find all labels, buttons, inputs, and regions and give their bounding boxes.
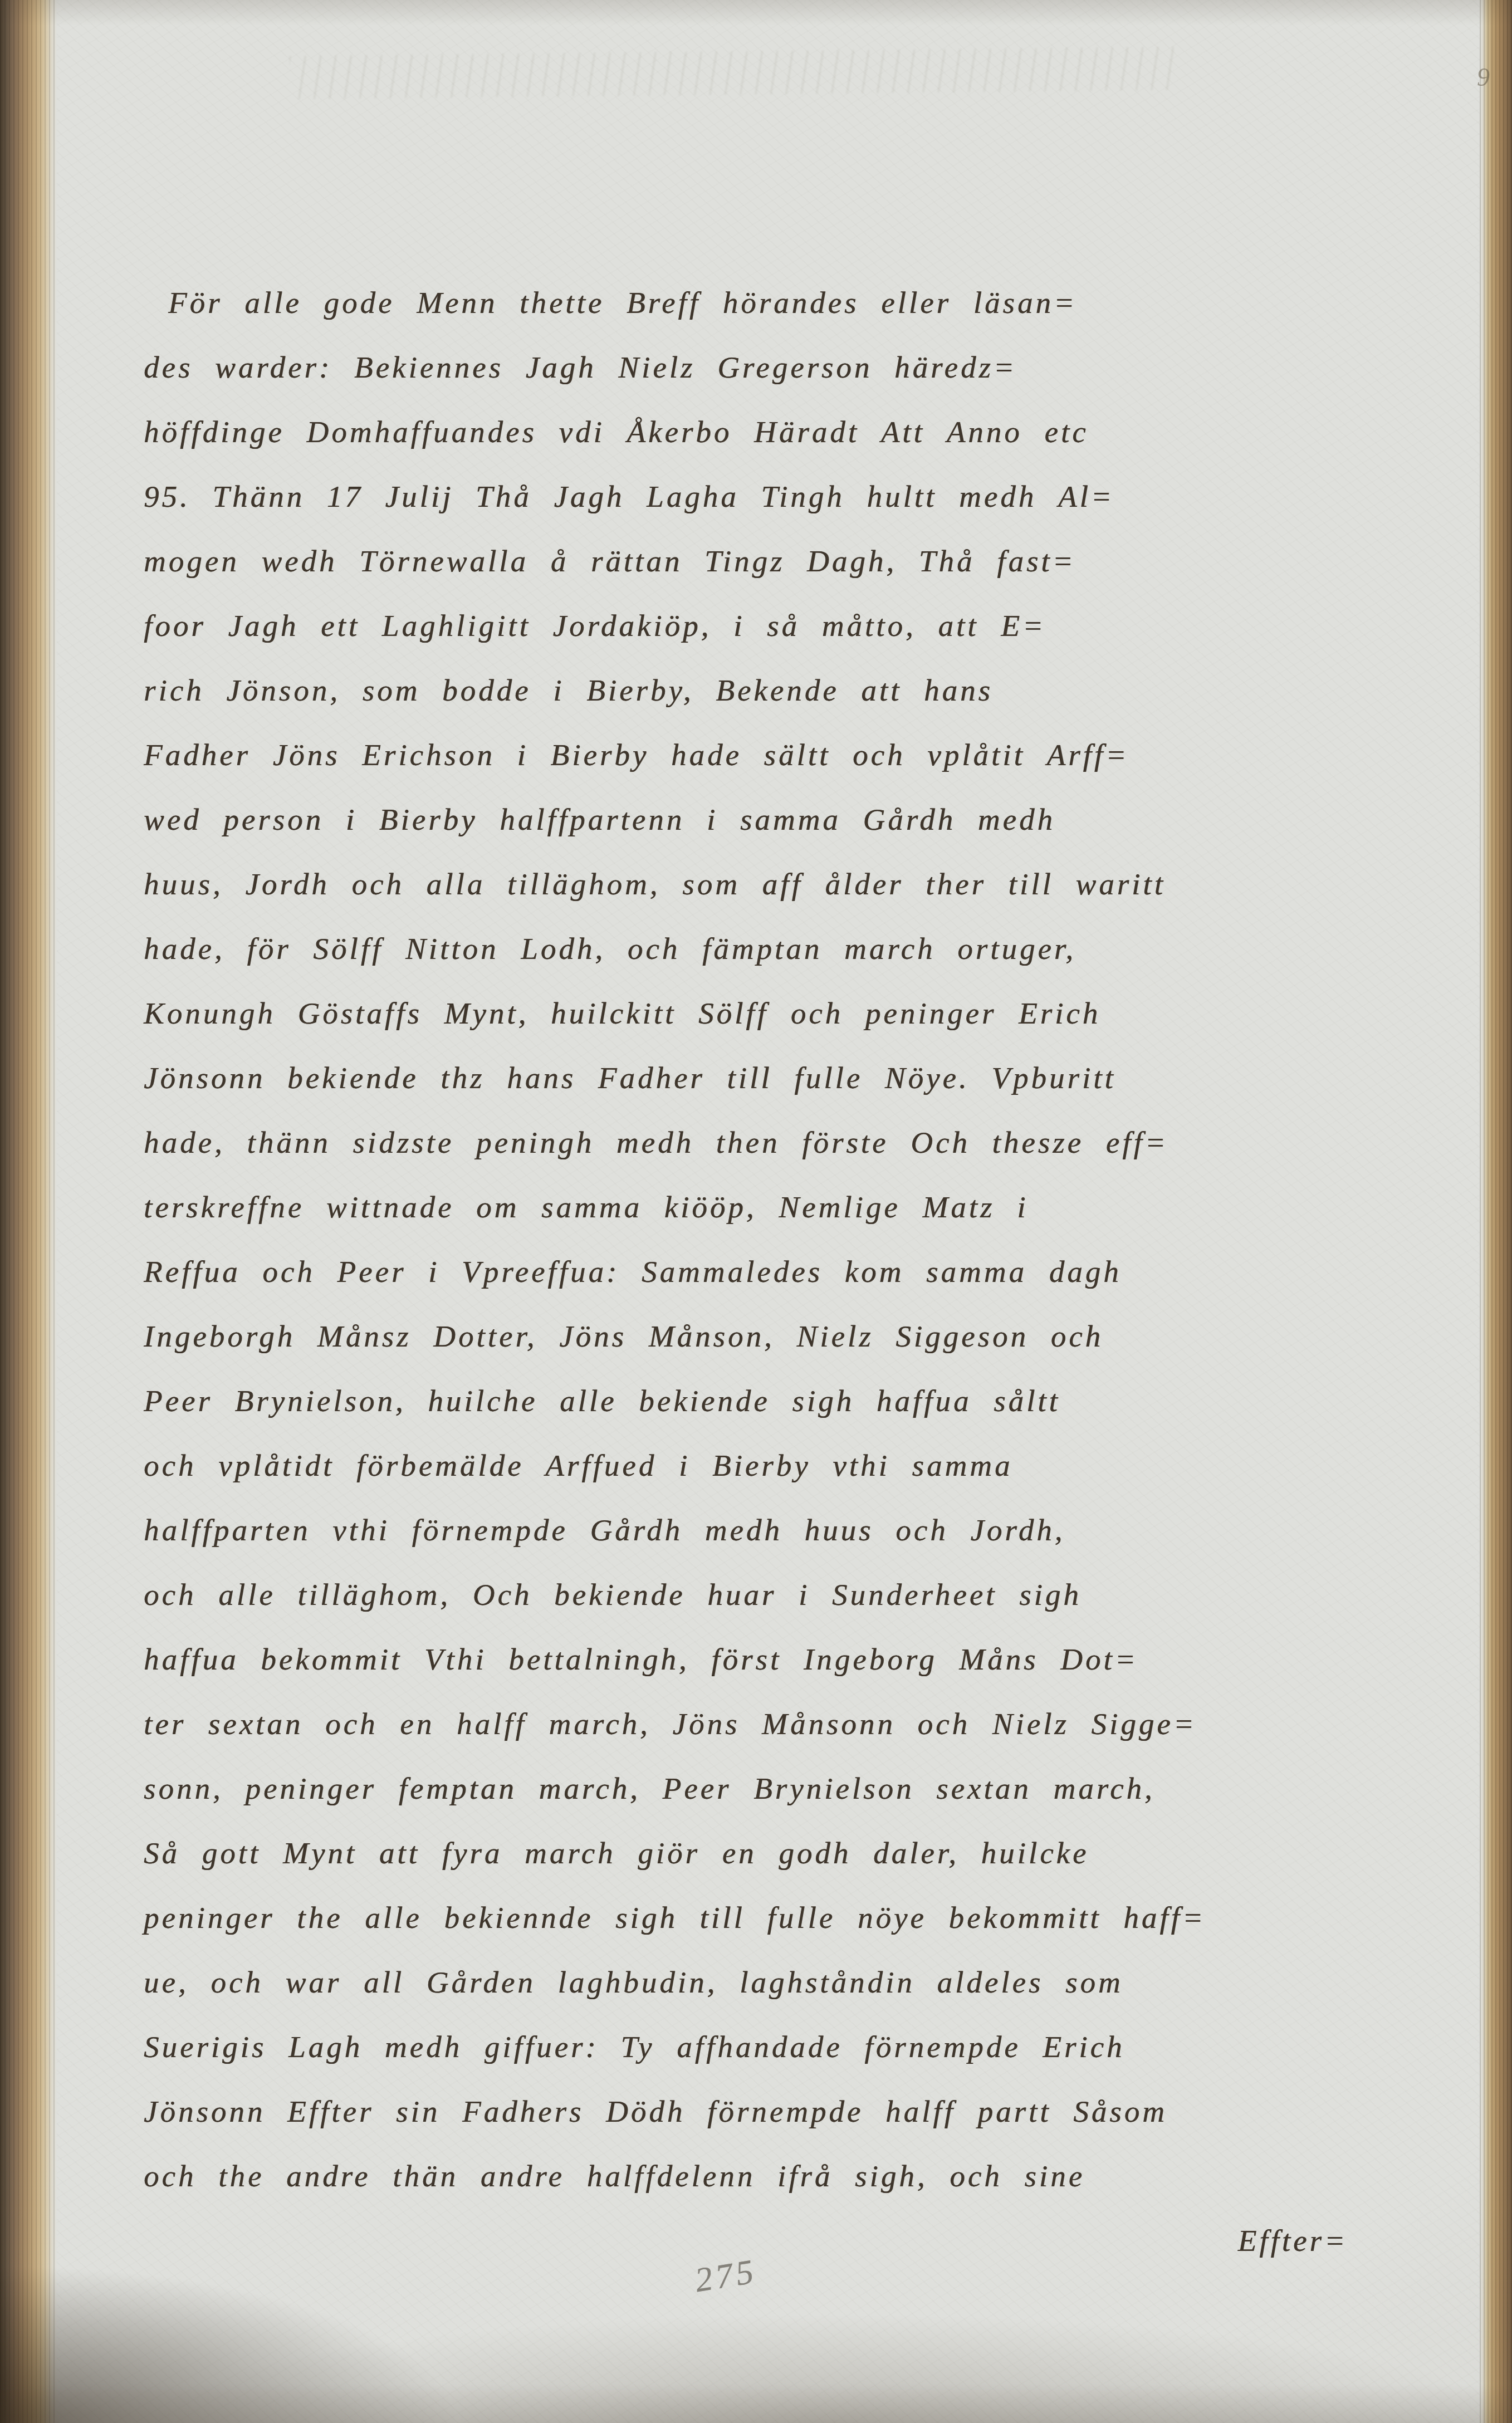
manuscript-line: wed person i Bierby halffpartenn i samma… xyxy=(144,802,1413,867)
manuscript-line: Fadher Jöns Erichson i Bierby hade sältt… xyxy=(144,737,1413,802)
manuscript-line: För alle gode Menn thette Breff hörandes… xyxy=(144,285,1413,350)
manuscript-line: Peer Brynielson, huilche alle bekiende s… xyxy=(144,1383,1413,1448)
ink-bleed-through-mark xyxy=(290,47,1176,100)
manuscript-line: ue, och war all Gården laghbudin, laghst… xyxy=(144,1965,1413,2029)
manuscript-line: och vplåtidt förbemälde Arffued i Bierby… xyxy=(144,1448,1413,1512)
manuscript-line: halffparten vthi förnempde Gårdh medh hu… xyxy=(144,1512,1413,1577)
manuscript-line: Reffua och Peer i Vpreeffua: Sammaledes … xyxy=(144,1254,1413,1319)
book-binding-edge xyxy=(0,0,57,2423)
manuscript-line: Så gott Mynt att fyra march giör en godh… xyxy=(144,1835,1413,1900)
manuscript-line: rich Jönson, som bodde i Bierby, Bekende… xyxy=(144,673,1413,737)
manuscript-line: Jönsonn Effter sin Fadhers Dödh förnempd… xyxy=(144,2094,1413,2158)
manuscript-line: och the andre thän andre halffdelenn ifr… xyxy=(144,2158,1413,2223)
manuscript-text-block: För alle gode Menn thette Breff hörandes… xyxy=(144,285,1413,2288)
manuscript-line: 95. Thänn 17 Julij Thå Jagh Lagha Tingh … xyxy=(144,479,1413,544)
manuscript-line: mogen wedh Törnewalla å rättan Tingz Dag… xyxy=(144,544,1413,608)
page-stack-edge xyxy=(1480,0,1512,2423)
manuscript-line: höffdinge Domhaffuandes vdi Åkerbo Härad… xyxy=(144,414,1413,479)
manuscript-line: huus, Jordh och alla tilläghom, som aff … xyxy=(144,867,1413,931)
manuscript-line: hade, för Sölff Nitton Lodh, och fämptan… xyxy=(144,931,1413,996)
manuscript-line: hade, thänn sidzste peningh medh then fö… xyxy=(144,1125,1413,1190)
manuscript-line: Ingeborgh Månsz Dotter, Jöns Månson, Nie… xyxy=(144,1319,1413,1383)
manuscript-line: des warder: Bekiennes Jagh Nielz Gregers… xyxy=(144,350,1413,414)
manuscript-line: Konungh Göstaffs Mynt, huilckitt Sölff o… xyxy=(144,996,1413,1060)
manuscript-line: peninger the alle bekiennde sigh till fu… xyxy=(144,1900,1413,1965)
folio-corner-mark: 9 xyxy=(1477,62,1490,92)
manuscript-line: Suerigis Lagh medh giffuer: Ty affhandad… xyxy=(144,2029,1413,2094)
manuscript-line: sonn, peninger femptan march, Peer Bryni… xyxy=(144,1771,1413,1835)
catchword: Effter= xyxy=(1238,2224,1348,2258)
catchword-row: Effter= xyxy=(144,2223,1413,2288)
manuscript-page-scan: 9 För alle gode Menn thette Breff hörand… xyxy=(0,0,1512,2423)
manuscript-line: ter sextan och en halff march, Jöns Måns… xyxy=(144,1706,1413,1771)
manuscript-line: haffua bekommit Vthi bettalningh, först … xyxy=(144,1642,1413,1706)
manuscript-line: foor Jagh ett Laghligitt Jordakiöp, i så… xyxy=(144,608,1413,673)
manuscript-line: terskreffne wittnade om samma kiööp, Nem… xyxy=(144,1190,1413,1254)
manuscript-line: Jönsonn bekiende thz hans Fadher till fu… xyxy=(144,1060,1413,1125)
manuscript-line: och alle tilläghom, Och bekiende huar i … xyxy=(144,1577,1413,1642)
